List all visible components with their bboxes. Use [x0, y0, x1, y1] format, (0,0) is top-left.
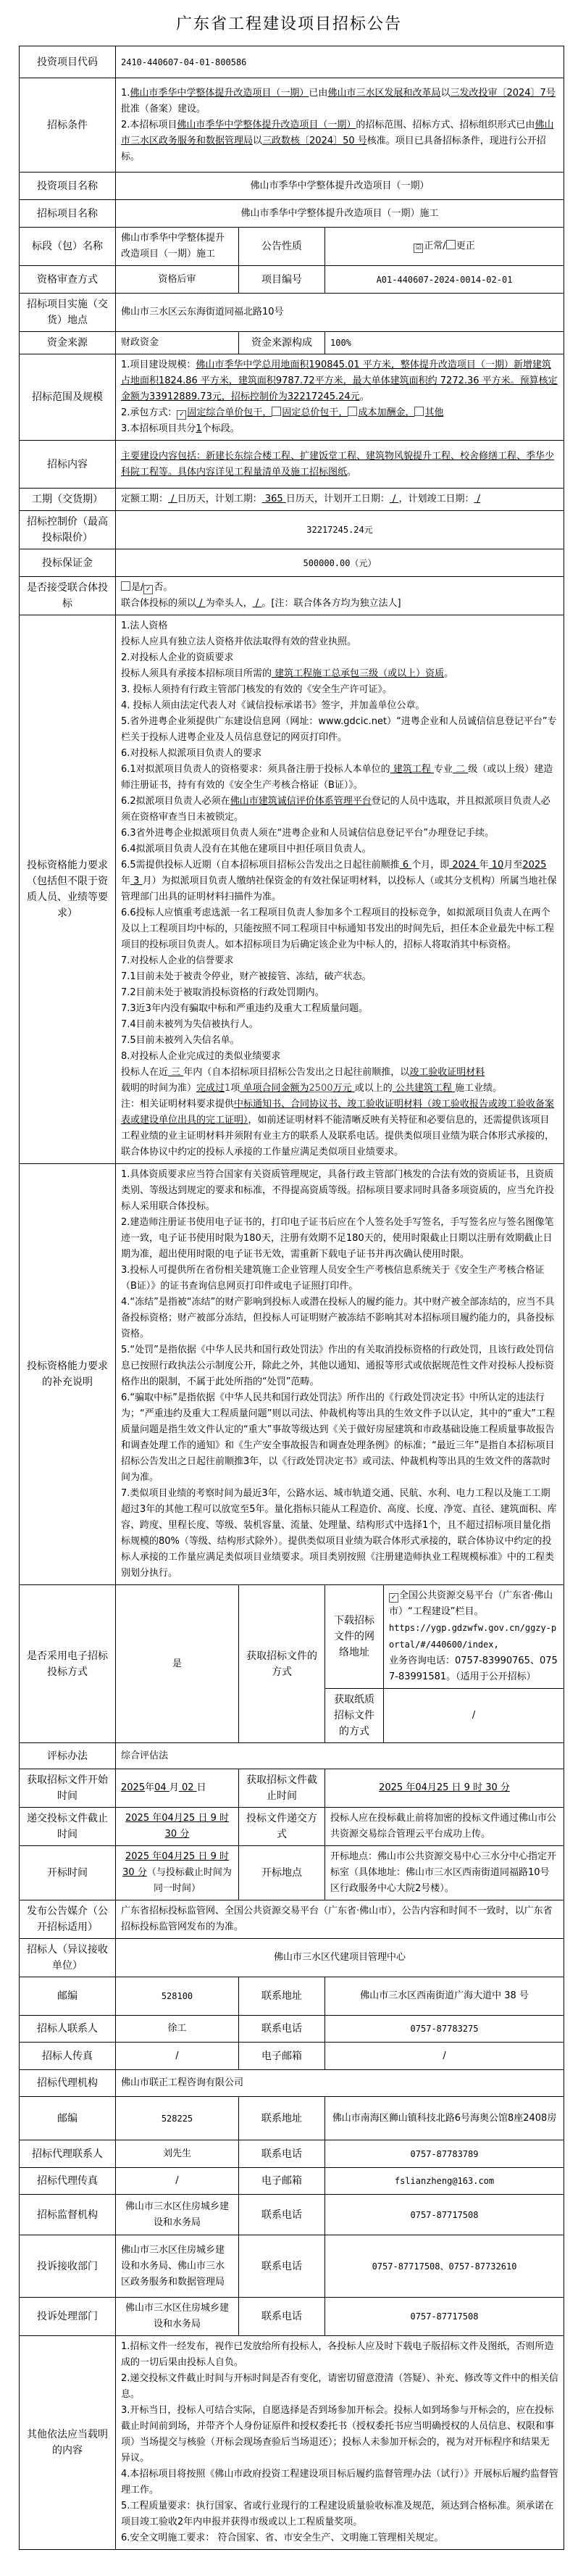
- consult-phone: 业务咨询电话：0757-83990765、0757-83991581。（适用于公…: [389, 1655, 558, 1682]
- value-submit-method: 投标人应在投标截止前将加密的投标文件通过佛山市公共资源交易综合管理云平台成功上传…: [325, 1808, 564, 1846]
- label-download-address: 下载招标文件的网络地址: [325, 1585, 384, 1689]
- lead-party: /: [196, 598, 206, 609]
- label-complaint-receive: 投诉接收部门: [20, 2235, 116, 2298]
- value-email: /: [325, 2043, 564, 2070]
- text: 。: [347, 467, 356, 478]
- label-supplement: 投标资格能力要求的补充说明: [20, 1164, 116, 1585]
- value-opening-place: 开标地点：佛山市公共资源交易中心三水分中心指定开标室（具体地址：佛山市三水区西南…: [325, 1846, 564, 1900]
- text: 以: [253, 136, 262, 146]
- value-agency-contact: 刘先生: [116, 2140, 239, 2168]
- label-agency-zip: 邮编: [20, 2097, 116, 2140]
- row-control-price: 招标控制价（最高投标限价） 32217245.24元: [20, 511, 564, 549]
- label-submit-deadline: 递交投标文件截止时间: [20, 1808, 116, 1846]
- req-6-2: 6.2拟派项目负责人必须在佛山市建筑诚信评价体系管理平台登记的人员中选取，并且拟…: [121, 794, 558, 826]
- checkbox-unchecked-icon: [348, 407, 357, 416]
- value-complaint-receive: 佛山市三水区住房城乡建设和水务局、佛山市三水区政务服务和数据管理局: [116, 2235, 239, 2298]
- supplement-item: 1.具体资质要求应当符合国家有关资质管理规定，具备行政主管部门核发的合法有效的资…: [121, 1167, 558, 1215]
- row-consortium: 是否接受联合体投标 是/✓否。 联合体投标的须以 / 为牵头人， / 。[注：联…: [20, 577, 564, 615]
- text: 日历天，计划工期：: [177, 494, 262, 504]
- checkbox-unchecked-icon: [272, 407, 281, 416]
- label-complaint-receive-phone: 联系电话: [239, 2235, 325, 2298]
- label-agency-email: 电子邮箱: [239, 2168, 325, 2195]
- other-item: 2.递交投标文件截止时间与开标时间是否有变化，请密切留意澄清（答疑）、补充、修改…: [121, 2371, 558, 2403]
- text: 日历天，计划开工日期：: [286, 494, 390, 504]
- label-funding: 资金来源: [20, 332, 116, 354]
- option-yes: 是/: [131, 582, 143, 593]
- value-supervision: 佛山市三水区住房城乡建设和水务局: [116, 2195, 239, 2235]
- row-tenderer-fax: 招标人传真 / 电子邮箱 /: [20, 2043, 564, 2070]
- checkbox-unchecked-icon: [414, 407, 424, 416]
- label-tender-name: 招标项目名称: [20, 200, 116, 228]
- label-agency: 招标代理机构: [20, 2070, 116, 2097]
- text: 1.项目建设规模：: [121, 360, 196, 370]
- value-obtain-start: 2025年04 月 02 日: [116, 1769, 239, 1808]
- label-qualification: 资格审查方式: [20, 266, 116, 294]
- row-evaluation: 评标办法 综合评估法: [20, 1743, 564, 1769]
- label-evaluation: 评标办法: [20, 1743, 116, 1769]
- approval-authority: 佛山市三水区发展和改革局: [327, 88, 440, 99]
- other-item: 5.工程质量要求：执行国家、省或行业现行的工程建设质量验收标准及规范，须达到合格…: [121, 2498, 558, 2530]
- checkbox-checked-icon: ☑: [414, 244, 423, 253]
- text: 联合体投标的须以: [121, 598, 196, 609]
- value-evaluation: 综合评估法: [116, 1743, 564, 1769]
- req-6-3: 6.3省外进粤企业拟派项目负责人须在“进粤企业和人员诚信信息登记平台”办理登记手…: [121, 826, 558, 842]
- req-6-5: 6.5需提供投标人近期（自本招标项目招标公告发出之日起往前顺推 6 个月，即 2…: [121, 857, 558, 905]
- row-complaint-handle: 投诉处理部门 佛山市三水区住房城乡建设和水务局 联系电话 0757-877175…: [20, 2298, 564, 2336]
- label-agency-address: 联系地址: [239, 2097, 325, 2140]
- req-note: 注：相关证明材料要求提供中标通知书、合同协议书、竣工验收证明材料（竣工验收报告或…: [121, 1097, 558, 1160]
- label-content: 招标内容: [20, 441, 116, 489]
- row-tender-name: 招标项目名称 佛山市季华中学整体提升改造项目（一期）施工: [20, 200, 564, 228]
- text: 定额工期：: [121, 494, 168, 504]
- row-tenderer-contact: 招标人联系人 徐工 联系电话 0757-87783275: [20, 2016, 564, 2043]
- other-item: 1.招标文件一经发布，视作已发放给所有投标人，各投标人应及时下载电子版招标文件及…: [121, 2339, 558, 2371]
- row-supplement: 投标资格能力要求的补充说明 1.具体资质要求应当符合国家有关资质管理规定，具备行…: [20, 1164, 564, 1585]
- section-count: 1: [196, 423, 201, 434]
- other-item: 3.开标当日，投标人可结合实际，自愿选择是否到场参加开标会。投标人如到场参与开标…: [121, 2403, 558, 2467]
- value-zip: 528100: [116, 1977, 239, 2016]
- value-download-address: ✓全国公共资源交易平台（广东省·佛山市）“工程建设”栏目。 https://yg…: [384, 1585, 564, 1689]
- value-location: 佛山市三水区云东海街道同福北路10号: [116, 294, 564, 332]
- option-cost-plus: 成本加酬金，: [358, 407, 414, 418]
- text: 。[注：联合体各方均为独立法人]: [261, 598, 401, 609]
- label-section: 标段（包）名称: [20, 228, 116, 266]
- req-line: 7.对投标人企业的信誉要求: [121, 953, 558, 969]
- value-conditions: 1.佛山市季华中学整体提升改造项目（一期）已由佛山市三水区发展和改革局以三发改投…: [116, 78, 564, 173]
- row-bid-bond: 投标保证金 500000.00（元）: [20, 549, 564, 577]
- label-tenderer: 招标人（异议接收单位）: [20, 1939, 116, 1977]
- label-supervision: 招标监督机构: [20, 2195, 116, 2235]
- consortium-detail: /: [253, 598, 262, 609]
- value-bid-bond: 500000.00（元）: [116, 549, 564, 577]
- text: 以: [440, 88, 450, 99]
- label-bid-bond: 投标保证金: [20, 549, 116, 577]
- req-6-6: 6.6投标人应慎重考虑选派一名工程项目负责人参加多个工程项目的投标竞争，如拟派项…: [121, 905, 558, 953]
- label-contact: 招标人联系人: [20, 2016, 116, 2043]
- value-duration: 定额工期： / 日历天，计划工期： 365 日历天，计划开工日期： / ，计划竣…: [116, 489, 564, 511]
- start-date: /: [390, 494, 399, 504]
- value-agency-address: 佛山市南海区狮山镇科技北路6号海奥公馆8座2408房: [325, 2097, 564, 2140]
- req-qualification: 投标人须具有承接本招标项目所需的 建筑工程施工总承包三级（或以上）资质。: [121, 666, 558, 682]
- row-other: 其他依法应当载明的内容 1.招标文件一经发布，视作已发放给所有投标人，各投标人应…: [20, 2336, 564, 2550]
- req-line: 3. 投标人须持有行政主管部门核发的有效的《安全生产许可证》。: [121, 682, 558, 698]
- page-title: 广东省工程建设项目招标公告: [0, 12, 578, 34]
- label-agency-contact: 招标代理联系人: [20, 2140, 116, 2168]
- label-requirements: 投标资格能力要求（包括但不限于资质人员、业绩等要求）: [20, 615, 116, 1164]
- row-agency-fax: 招标代理传真 / 电子邮箱 fslianzheng@163.com: [20, 2168, 564, 2195]
- row-agency-contact: 招标代理联系人 刘先生 联系电话 0757-87783789: [20, 2140, 564, 2168]
- label-opening-place: 开标地点: [239, 1846, 325, 1900]
- label-obtain-method: 获取招标文件的方式: [239, 1585, 325, 1743]
- content-text: 主要建设内容包括：新建长东综合楼工程、扩建饭堂工程、建筑物风貌提升工程、校舍修缮…: [121, 451, 554, 478]
- value-supervision-phone: 0757-87717508: [325, 2195, 564, 2235]
- req-6-1: 6.1对拟派项目负责人的资格要求：须具备注册于投标人本单位的 建筑工程 专业 二…: [121, 762, 558, 794]
- label-address: 联系地址: [239, 1977, 325, 2016]
- req-6-4: 6.4拟派项目负责人没有在其他在建项目中担任项目负责人。: [121, 842, 558, 857]
- value-scope: 1.项目建设规模：佛山市季华中学总用地面积190845.01 平方米，整体提升改…: [116, 354, 564, 441]
- text: 个标段。: [202, 423, 240, 434]
- row-agency-zip: 邮编 528225 联系地址 佛山市南海区狮山镇科技北路6号海奥公馆8座2408…: [20, 2097, 564, 2140]
- supplement-item: 2.建造师注册证书使用电子证书的，打印电子证书后应在个人签名处手写签名，手写签名…: [121, 1215, 558, 1263]
- checkbox-checked-icon: ✓: [177, 410, 186, 420]
- value-agency-zip: 528225: [116, 2097, 239, 2140]
- value-phone: 0757-87783275: [325, 2016, 564, 2043]
- checkbox-checked-icon: ✓: [389, 1593, 398, 1603]
- supplement-item: 3.投标人可提供所在省份相关建筑施工企业管理人员安全生产考核信息系统关于《安全生…: [121, 1263, 558, 1295]
- label-agency-fax: 招标代理传真: [20, 2168, 116, 2195]
- req-line: 7.2目前未处于被取消投标资格的行政处罚期内。: [121, 985, 558, 1001]
- label-obtain-end: 获取招标文件截止时间: [239, 1769, 325, 1808]
- value-other: 1.招标文件一经发布，视作已发放给所有投标人，各投标人应及时下载电子版招标文件及…: [116, 2336, 564, 2550]
- row-investment-name: 投资项目名称 佛山市季华中学整体提升改造项目（一期）: [20, 173, 564, 200]
- notice-page: 广东省工程建设项目招标公告 投资项目代码 2410-440607-04-01-8…: [0, 0, 578, 2576]
- value-obtain-end: 2025 年04月25 日 9 时 30 分: [325, 1769, 564, 1808]
- value-investment-name: 佛山市季华中学整体提升改造项目（一期）: [116, 173, 564, 200]
- approval-doc-number: 三发改投审〔2024〕7号: [450, 88, 555, 99]
- label-duration: 工期（交货期）: [20, 489, 116, 511]
- req-line: 8.对投标人企业完成过的类似业绩要求: [121, 1049, 558, 1065]
- row-location: 招标项目实施（交货）地点 佛山市三水区云东海街道同福北路10号: [20, 294, 564, 332]
- other-item: 4.本招标项目将按照《佛山市政府投资工程建设项目标后履约监督管理办法（试行）》开…: [121, 2467, 558, 2498]
- value-control-price: 32217245.24元: [116, 511, 564, 549]
- value-supplement: 1.具体资质要求应当符合国家有关资质管理规定，具备行政主管部门核发的合法有效的资…: [116, 1164, 564, 1585]
- label-paper-method: 获取纸质招标文件的方式: [325, 1689, 384, 1743]
- notice-table: 投资项目代码 2410-440607-04-01-800586 招标条件 1.佛…: [19, 46, 564, 2550]
- quota-days: /: [168, 494, 177, 504]
- value-investment-code: 2410-440607-04-01-800586: [116, 46, 564, 78]
- value-funding-composition: 100%: [325, 332, 564, 354]
- text: 为牵头人，: [206, 598, 253, 609]
- text: 批准（备案）建设。: [121, 104, 206, 115]
- supplement-item: 5.“处罚”是指依据《中华人民共和国行政处罚法》作出的有关取消投标资格的行政处罚…: [121, 1342, 558, 1390]
- row-requirements: 投标资格能力要求（包括但不限于资质人员、业绩等要求） 1.法人资格 投标人应具有…: [20, 615, 564, 1164]
- label-agency-phone: 联系电话: [239, 2140, 325, 2168]
- text: 2.承包方式：: [121, 407, 177, 418]
- value-tenderer: 佛山市三水区代建项目管理中心: [116, 1939, 564, 1977]
- download-platform: 全国公共资源交易平台（广东省·佛山市）“工程建设”栏目。: [389, 1590, 553, 1617]
- row-duration: 工期（交货期） 定额工期： / 日历天，计划工期： 365 日历天，计划开工日期…: [20, 489, 564, 511]
- label-project-no: 项目编号: [239, 266, 325, 294]
- label-obtain-start: 获取招标文件开始时间: [20, 1769, 116, 1808]
- text: 已由: [309, 88, 327, 99]
- label-investment-name: 投资项目名称: [20, 173, 116, 200]
- value-complaint-handle-phone: 0757-87717508: [325, 2298, 564, 2336]
- row-tenderer-zip: 邮编 528100 联系地址 佛山市三水区西南街道广海大道中 38 号: [20, 1977, 564, 2016]
- row-qualification: 资格审查方式 资格后审 项目编号 A01-440607-2024-0014-02…: [20, 266, 564, 294]
- text: 3.本招标项目共分: [121, 423, 196, 434]
- text: 。: [360, 391, 369, 402]
- row-electronic: 是否采用电子招标投标方式 是 获取招标文件的方式 下载招标文件的网络地址 ✓全国…: [20, 1585, 564, 1689]
- value-agency-email: fslianzheng@163.com: [325, 2168, 564, 2195]
- value-agency-fax: /: [116, 2168, 239, 2195]
- value-tender-name: 佛山市季华中学整体提升改造项目（一期）施工: [116, 200, 564, 228]
- row-tenderer: 招标人（异议接收单位） 佛山市三水区代建项目管理中心: [20, 1939, 564, 1977]
- text: 的招标范围、招标方式、招标组织形式已由: [356, 120, 535, 130]
- planned-days: 365: [262, 494, 286, 504]
- row-agency: 招标代理机构 佛山市联正工程咨询有限公司: [20, 2070, 564, 2097]
- req-line: 2.对投标人企业的资质要求: [121, 650, 558, 666]
- option-fixed-total-price: 固定总价包干，: [282, 407, 348, 418]
- label-electronic: 是否采用电子招标投标方式: [20, 1585, 116, 1743]
- row-funding: 资金来源 财政资金 资金来源构成 100%: [20, 332, 564, 354]
- label-submit-method: 投标文件递交方式: [239, 1808, 325, 1846]
- label-other: 其他依法应当载明的内容: [20, 2336, 116, 2550]
- label-control-price: 招标控制价（最高投标限价）: [20, 511, 116, 549]
- label-media: 发布公告媒介（公开招标适用）: [20, 1900, 116, 1939]
- label-fax: 招标人传真: [20, 2043, 116, 2070]
- label-email: 电子邮箱: [239, 2043, 325, 2070]
- req-line: 7.1目前未处于被责令停业，财产被接管、冻结，破产状态。: [121, 969, 558, 985]
- row-section: 标段（包）名称 佛山市季华中学整体提升改造项目（一期）施工 公告性质 ☑正常/更…: [20, 228, 564, 266]
- value-submit-deadline: 2025 年04月25 日 9 时 30 分: [116, 1808, 239, 1846]
- option-other: 其他: [424, 407, 443, 418]
- value-notice-nature: ☑正常/更正: [325, 228, 564, 266]
- req-line: 7.4目前未被列为失信被执行人。: [121, 1017, 558, 1033]
- req-line: 4. 投标人须由法定代表人对《诚信投标承诺书》签字，并加盖单位公章。: [121, 698, 558, 714]
- value-agency-phone: 0757-87783789: [325, 2140, 564, 2168]
- option-fixed-unit-price: 固定综合单价包干，: [187, 407, 272, 418]
- label-location: 招标项目实施（交货）地点: [20, 294, 116, 332]
- project-name: 佛山市季华中学整体提升改造项目（一期）: [177, 120, 356, 130]
- option-no: 否。: [154, 582, 172, 593]
- checkbox-unchecked-icon: [121, 581, 130, 591]
- value-contact: 徐工: [116, 2016, 239, 2043]
- value-opening-time: 2025 年04月25 日 9 时 30 分（与投标截止时间为同一时间）: [116, 1846, 239, 1900]
- row-submit: 递交投标文件截止时间 2025 年04月25 日 9 时 30 分 投标文件递交…: [20, 1808, 564, 1846]
- value-media: 广东省招标投标监管网、全国公共资源交易平台（广东省·佛山市），公告内容和时间不一…: [116, 1900, 564, 1939]
- value-complaint-handle: 佛山市三水区住房城乡建设和水务局: [116, 2298, 239, 2336]
- project-name: 佛山市季华中学整体提升改造项目（一期）: [130, 88, 309, 99]
- label-complaint-handle-phone: 联系电话: [239, 2298, 325, 2336]
- value-agency: 佛山市联正工程咨询有限公司: [116, 2070, 564, 2097]
- text: 1.: [121, 88, 130, 99]
- supplement-item: 7.类似项目业绩的考察时间为最近3年，公路水运、城市轨道交通、民航、水利、电力工…: [121, 1486, 558, 1582]
- value-qualification: 资格后审: [116, 266, 239, 294]
- label-consortium: 是否接受联合体投标: [20, 577, 116, 615]
- value-section: 佛山市季华中学整体提升改造项目（一期）施工: [116, 228, 239, 266]
- row-scope: 招标范围及规模 1.项目建设规模：佛山市季华中学总用地面积190845.01 平…: [20, 354, 564, 441]
- req-8-performance: 投标人在近 三 年内（自本招标项目招标公告发出之日起往前顺推，以竣工验收证明材料…: [121, 1065, 558, 1097]
- value-paper-method: /: [384, 1689, 564, 1743]
- row-content: 招标内容 主要建设内容包括：新建长东综合楼工程、扩建饭堂工程、建筑物风貌提升工程…: [20, 441, 564, 489]
- value-funding: 财政资金: [116, 332, 239, 354]
- checkbox-unchecked-icon: [446, 240, 456, 249]
- row-opening: 开标时间 2025 年04月25 日 9 时 30 分（与投标截止时间为同一时间…: [20, 1846, 564, 1900]
- label-scope: 招标范围及规模: [20, 354, 116, 441]
- req-line: 5.省外进粤企业须提供广东建设信息网（网址：www.gdcic.net）“进粤企…: [121, 714, 558, 746]
- value-content: 主要建设内容包括：新建长东综合楼工程、扩建饭堂工程、建筑物风貌提升工程、校舍修缮…: [116, 441, 564, 489]
- value-consortium: 是/✓否。 联合体投标的须以 / 为牵头人， / 。[注：联合体各方均为独立法人…: [116, 577, 564, 615]
- label-complaint-handle: 投诉处理部门: [20, 2298, 116, 2336]
- value-electronic: 是: [116, 1585, 239, 1743]
- label-supervision-phone: 联系电话: [239, 2195, 325, 2235]
- other-item: 6.安全文明施工要求： 符合国家、省、市安全生产、文明施工管理相关规定。: [121, 2530, 558, 2546]
- label-notice-nature: 公告性质: [239, 228, 325, 266]
- value-complaint-receive-phone: 0757-87717508、0757-87732610: [325, 2235, 564, 2298]
- checkbox-checked-icon: ✓: [143, 585, 153, 594]
- row-media: 发布公告媒介（公开招标适用） 广东省招标投标监管网、全国公共资源交易平台（广东省…: [20, 1900, 564, 1939]
- req-line: 投标人应具有独立法人资格并依法取得有效的营业执照。: [121, 634, 558, 650]
- supplement-item: 6.“骗取中标”是指依据《中华人民共和国行政处罚法》所作出的《行政处罚决定书》中…: [121, 1390, 558, 1486]
- label-funding-composition: 资金来源构成: [239, 332, 325, 354]
- text: 2.本招标项目: [121, 120, 177, 130]
- value-fax: /: [116, 2043, 239, 2070]
- label-conditions: 招标条件: [20, 78, 116, 173]
- row-conditions: 招标条件 1.佛山市季华中学整体提升改造项目（一期）已由佛山市三水区发展和改革局…: [20, 78, 564, 173]
- row-complaint-receive: 投诉接收部门 佛山市三水区住房城乡建设和水务局、佛山市三水区政务服务和数据管理局…: [20, 2235, 564, 2298]
- option-correction: 更正: [456, 241, 475, 252]
- req-line: 6.对投标人拟派项目负责人的要求: [121, 746, 558, 762]
- label-opening-time: 开标时间: [20, 1846, 116, 1900]
- req-line: 1.法人资格: [121, 618, 558, 634]
- value-project-no: A01-440607-2024-0014-02-01: [325, 266, 564, 294]
- row-investment-code: 投资项目代码 2410-440607-04-01-800586: [20, 46, 564, 78]
- download-url-link[interactable]: https://ygp.gdzwfw.gov.cn/ggzy-portal/#/…: [389, 1623, 556, 1650]
- row-obtain-time: 获取招标文件开始时间 2025年04 月 02 日 获取招标文件截止时间 202…: [20, 1769, 564, 1808]
- approval-doc-number: 三政数核〔2024〕50 号: [262, 136, 367, 146]
- value-address: 佛山市三水区西南街道广海大道中 38 号: [325, 1977, 564, 2016]
- req-line: 7.3近3年内没有骗取中标和严重违约及重大工程质量问题。: [121, 1001, 558, 1017]
- end-date: /: [474, 494, 481, 504]
- value-requirements: 1.法人资格 投标人应具有独立法人资格并依法取得有效的营业执照。 2.对投标人企…: [116, 615, 564, 1164]
- option-normal: 正常/: [424, 241, 445, 252]
- req-line: 7.5目前未被列入失信名单。: [121, 1033, 558, 1049]
- text: ，计划竣工日期：: [399, 494, 474, 504]
- label-phone: 联系电话: [239, 2016, 325, 2043]
- label-investment-code: 投资项目代码: [20, 46, 116, 78]
- label-zip: 邮编: [20, 1977, 116, 2016]
- row-supervision: 招标监督机构 佛山市三水区住房城乡建设和水务局 联系电话 0757-877175…: [20, 2195, 564, 2235]
- supplement-item: 4.“冻结”是指被“冻结”的财产影响到投标人或潜在投标人的履约能力。其中财产被全…: [121, 1295, 558, 1342]
